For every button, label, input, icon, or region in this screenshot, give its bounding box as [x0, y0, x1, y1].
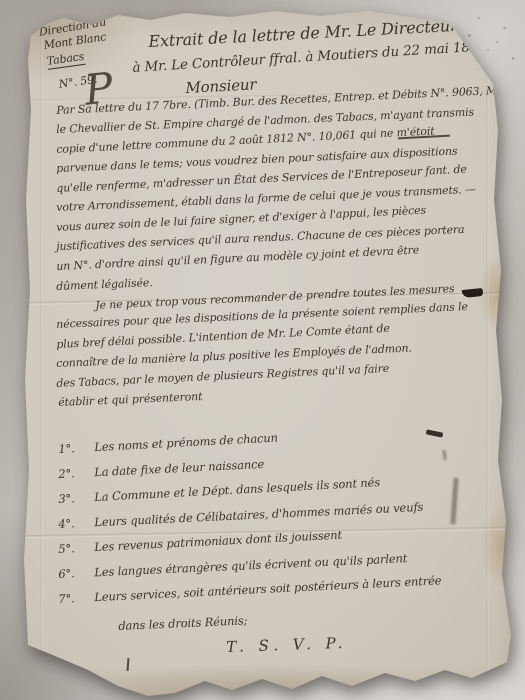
- body-line-16: établir et qui présenteront: [58, 390, 203, 409]
- list-item-7-number: 7°.: [58, 590, 95, 606]
- corner-note-line-3: Tabacs: [46, 50, 85, 70]
- body-line-10: dûment légalisée.: [56, 276, 153, 293]
- ink-mark: [127, 658, 130, 671]
- list-item-4-text: Leurs qualités de Célibataires, d'hommes…: [94, 500, 424, 529]
- list-continuation: dans les droits Réunis;: [118, 613, 248, 633]
- list-item-2-number: 2°.: [58, 465, 95, 481]
- ink-smudge: [450, 478, 458, 524]
- list-item-3-number: 3°.: [58, 490, 95, 506]
- photo-background: Direction du Mont Blanc Tabacs N°. 59. E…: [0, 0, 525, 700]
- paper-shadow-wrap: Direction du Mont Blanc Tabacs N°. 59. E…: [0, 0, 525, 700]
- list-item-1-number: 1°.: [58, 440, 95, 456]
- list-item-4-number: 4°.: [58, 515, 95, 531]
- list-item-4: 4°.Leurs qualités de Célibataires, d'hom…: [58, 500, 424, 531]
- list-item-7-text: Leurs services, soit antérieurs soit pos…: [94, 573, 442, 604]
- list-item-3-text: La Commune et le Dépt. dans lesquels ils…: [94, 475, 380, 504]
- ink-blot: [462, 288, 484, 298]
- list-item-5-number: 5°.: [58, 540, 95, 556]
- list-item-6-number: 6°.: [58, 565, 95, 581]
- list-item-1: 1°.Les noms et prénoms de chacun: [58, 430, 278, 455]
- list-item-6-text: Les langues étrangères qu'ils écrivent o…: [94, 551, 408, 579]
- list-item-3: 3°.La Commune et le Dépt. dans lesquels …: [58, 475, 380, 506]
- list-item-1-text: Les noms et prénoms de chacun: [94, 430, 278, 454]
- ink-blot: [426, 429, 444, 437]
- list-item-2-text: La date fixe de leur naissance: [94, 457, 264, 479]
- salutation: Monsieur: [185, 75, 257, 97]
- closing-tsvp: T. S. V. P.: [226, 634, 348, 656]
- list-item-2: 2°.La date fixe de leur naissance: [58, 457, 264, 481]
- document-paper: Direction du Mont Blanc Tabacs N°. 59. E…: [0, 0, 525, 700]
- vertical-fold: [486, 30, 489, 680]
- ink-smudge: [442, 450, 446, 460]
- vertical-fold: [40, 30, 43, 680]
